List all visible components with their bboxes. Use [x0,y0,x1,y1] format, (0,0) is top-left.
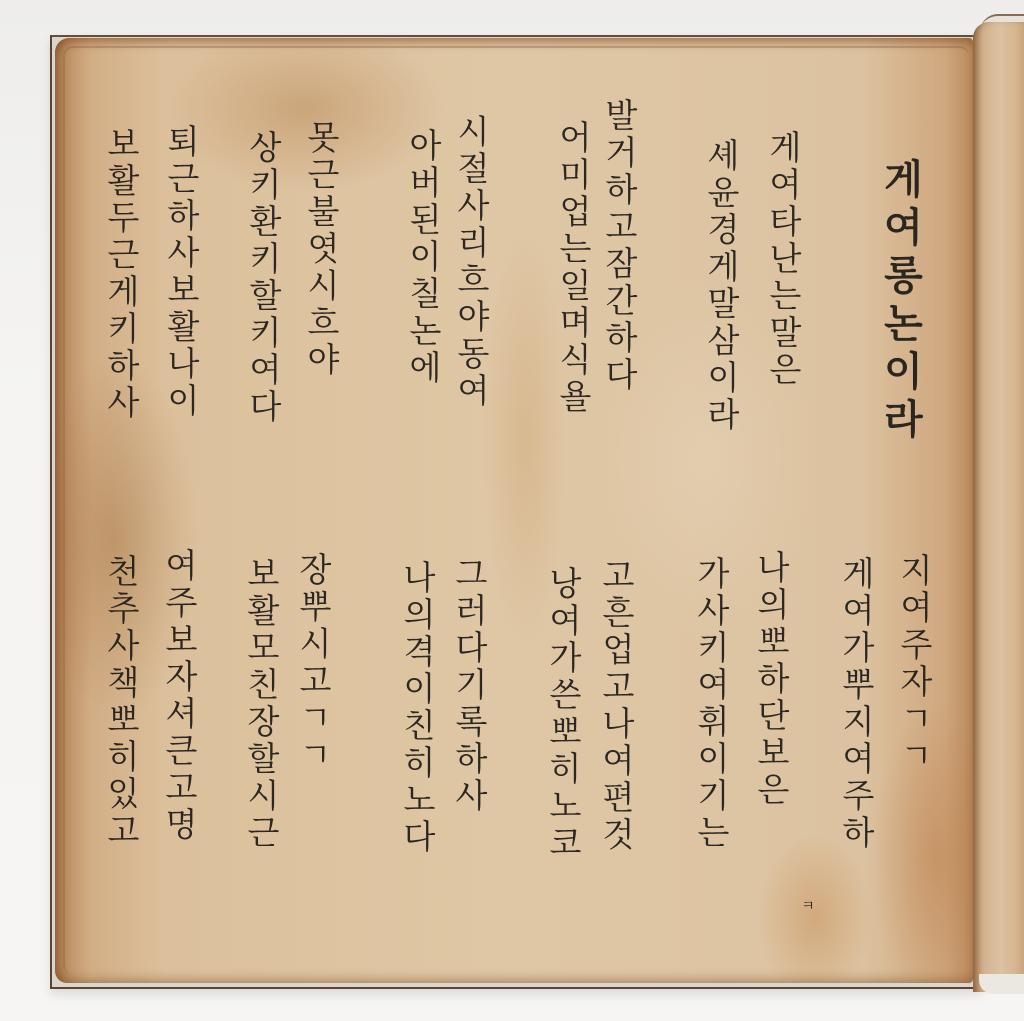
upper-column-3: 발거하고잠간하다 [603,98,636,394]
lower-column-4: 가사키여휘이기는 [695,556,728,852]
photo-stage: 게여롱논이라 게여타난는말은 셰윤경게말삼이라 발거하고잠간하다 어미업는일며식… [0,0,1024,1021]
lower-column-11: 여주보자셔큰고명 [163,548,196,844]
lower-column-8: 나의격이친히노다 [401,560,434,856]
lower-column-10: 보활모친장할시근 [245,556,278,852]
upper-column-7: 못근불엿시흐야 [305,120,338,379]
upper-column-10: 보활두근게키하사 [105,126,138,422]
lower-column-3: 나의뽀하단보은 [755,550,788,809]
manuscript-page: 게여롱논이라 게여타난는말은 셰윤경게말삼이라 발거하고잠간하다 어미업는일며식… [55,38,973,983]
upper-column-6: 아버된이칠논에 [407,128,440,387]
upper-column-4: 어미업는일며식욜 [557,120,590,416]
lower-column-2: 게여가뿌지여주하 [840,556,873,852]
upper-column-9: 퇴근하사보활나이 [165,124,198,420]
upper-column-1: 게여타난는말은 [767,130,800,389]
lower-column-1: 지여주자ㄱㄱ [898,553,931,775]
lower-column-7: 그러다기록하사 [453,556,486,815]
lower-column-5: 고흔업고나여편것 [600,558,633,854]
upper-column-8: 상키환키할키여다 [247,130,280,426]
title-column: 게여롱논이라 [880,158,920,446]
margin-mark: ㅋ [800,898,814,916]
lower-column-9: 장뿌시고ㄱㄱ [297,552,330,774]
lower-column-6: 낭여가쓴뽀히노코 [547,566,580,862]
lower-column-12: 천추사책뽀히있고 [105,554,138,850]
upper-column-2: 셰윤경게말삼이라 [705,138,738,434]
next-leaf-edge [973,22,1024,992]
upper-column-5: 시절사리흐야동여 [455,114,488,410]
